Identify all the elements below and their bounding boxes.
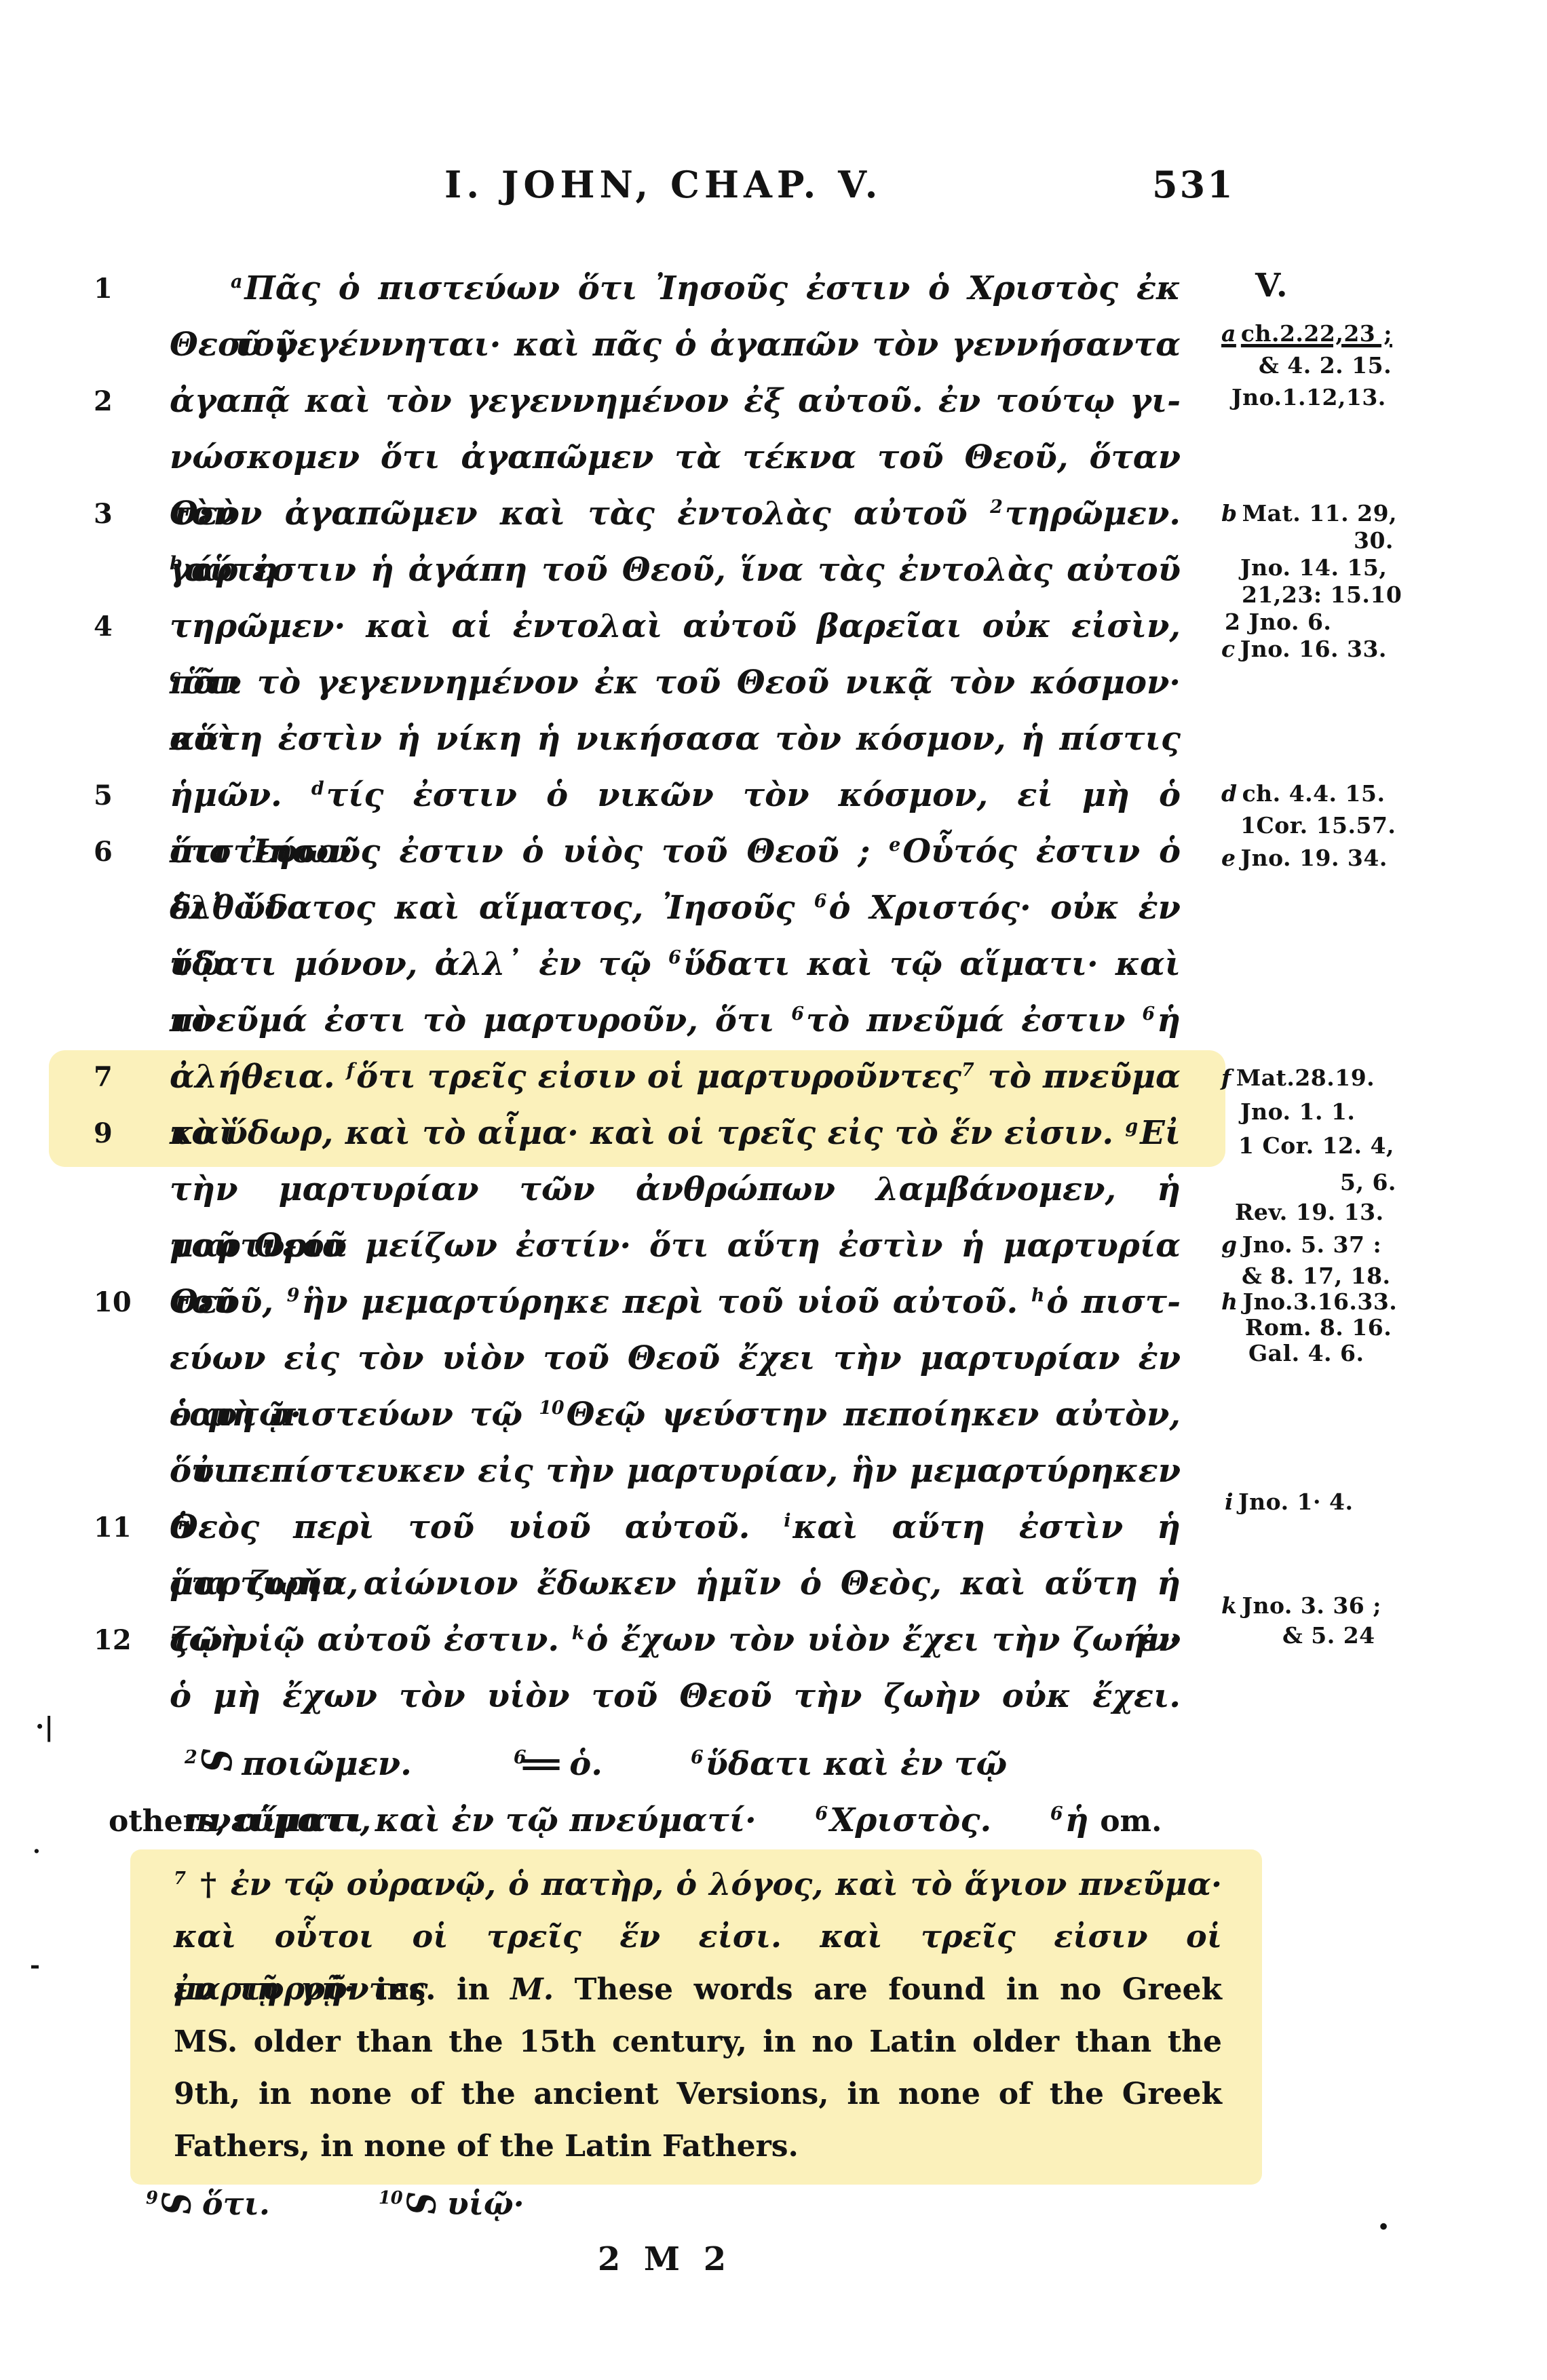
scan-mark: - xyxy=(30,1951,40,1980)
margin-reference: eJno. 19. 34. xyxy=(1221,845,1388,871)
scan-mark: · xyxy=(1377,2206,1390,2248)
margin-reference: 2 Jno. 6. xyxy=(1225,609,1331,635)
margin-reference: dch. 4.4. 15. xyxy=(1221,780,1385,807)
reference-text: Jno.3.16.33. xyxy=(1243,1288,1398,1315)
reference-letter: g xyxy=(1221,1231,1238,1258)
margin-references-column: V.ach.2.22,23 ;& 4. 2. 15.Jno.1.12,13.bM… xyxy=(0,0,1547,2380)
reference-text: Jno. 19. 34. xyxy=(1241,845,1388,871)
reference-text: Jno. 1. 1. xyxy=(1240,1098,1355,1125)
reference-letter: b xyxy=(1221,500,1238,526)
reference-text: 30. xyxy=(1354,527,1394,554)
reference-text: Jno. 3. 36 ; xyxy=(1242,1592,1381,1619)
reference-text: ch. 4.4. 15. xyxy=(1242,780,1386,807)
margin-reference: Rev. 19. 13. xyxy=(1235,1199,1384,1225)
reference-text: & 8. 17, 18. xyxy=(1242,1263,1391,1289)
reference-text: ch.2.22,23 ; xyxy=(1241,320,1392,347)
reference-text: & 4. 2. 15. xyxy=(1259,352,1392,379)
reference-text: Jno. 1· 4. xyxy=(1238,1489,1353,1515)
reference-text: 5, 6. xyxy=(1340,1169,1396,1195)
margin-reference: & 4. 2. 15. xyxy=(1259,352,1392,379)
margin-reference: Gal. 4. 6. xyxy=(1248,1340,1364,1366)
reference-text: Jno. 14. 15, xyxy=(1240,554,1387,581)
margin-reference: gJno. 5. 37 : xyxy=(1221,1231,1381,1258)
reference-text: Jno.1.12,13. xyxy=(1231,384,1386,410)
margin-reference: 21,23: 15.10 xyxy=(1242,581,1402,608)
margin-reference: iJno. 1· 4. xyxy=(1225,1489,1353,1515)
reference-letter: k xyxy=(1221,1592,1237,1619)
margin-reference: kJno. 3. 36 ; xyxy=(1221,1592,1381,1619)
margin-reference: 1 Cor. 12. 4, xyxy=(1238,1132,1394,1159)
margin-reference: 5, 6. xyxy=(1340,1169,1396,1195)
page-number: 531 xyxy=(1152,163,1235,206)
reference-text: Rom. 8. 16. xyxy=(1245,1314,1392,1341)
chapter-marker: V. xyxy=(1255,267,1289,305)
margin-reference: & 8. 17, 18. xyxy=(1242,1263,1391,1289)
margin-reference: & 5. 24 xyxy=(1282,1622,1375,1649)
reference-letter: d xyxy=(1221,780,1238,807)
margin-reference: cJno. 16. 33. xyxy=(1221,636,1387,662)
scanned-book-page: I. JOHN, CHAP. V. 531 1aΠᾶς ὁ πιστεύων ὅ… xyxy=(0,0,1547,2380)
reference-text: Rev. 19. 13. xyxy=(1235,1199,1384,1225)
reference-letter: f xyxy=(1221,1064,1231,1091)
reference-text: Jno. 16. 33. xyxy=(1240,636,1387,662)
reference-letter: a xyxy=(1221,320,1236,347)
margin-reference: 30. xyxy=(1354,527,1394,554)
margin-reference: fMat.28.19. xyxy=(1221,1064,1375,1091)
margin-reference: bMat. 11. 29, xyxy=(1221,500,1397,526)
margin-reference: ach.2.22,23 ; xyxy=(1221,320,1392,347)
margin-reference: Jno.1.12,13. xyxy=(1231,384,1386,410)
margin-reference: Jno. 1. 1. xyxy=(1240,1098,1355,1125)
reference-text: Mat. 11. 29, xyxy=(1242,500,1397,526)
reference-letter: c xyxy=(1221,636,1236,662)
reference-text: 1Cor. 15.57. xyxy=(1240,812,1396,839)
margin-reference: hJno.3.16.33. xyxy=(1221,1288,1397,1315)
reference-text: V. xyxy=(1255,267,1289,305)
margin-reference: Rom. 8. 16. xyxy=(1245,1314,1392,1341)
margin-reference: Jno. 14. 15, xyxy=(1240,554,1387,581)
scan-mark: . xyxy=(33,1832,41,1859)
reference-text: Jno. 5. 37 : xyxy=(1242,1231,1382,1258)
scan-mark: ·| xyxy=(35,1711,54,1742)
reference-text: 21,23: 15.10 xyxy=(1242,581,1402,608)
reference-letter: e xyxy=(1221,845,1236,871)
reference-text: Mat.28.19. xyxy=(1236,1064,1375,1091)
reference-text: & 5. 24 xyxy=(1282,1622,1375,1649)
reference-text: 1 Cor. 12. 4, xyxy=(1238,1132,1394,1159)
reference-letter: h xyxy=(1221,1288,1238,1315)
reference-text: 2 Jno. 6. xyxy=(1225,609,1331,635)
margin-reference: 1Cor. 15.57. xyxy=(1240,812,1396,839)
running-head: I. JOHN, CHAP. V. xyxy=(444,163,882,206)
reference-letter: i xyxy=(1225,1489,1234,1515)
reference-text: Gal. 4. 6. xyxy=(1248,1340,1364,1366)
